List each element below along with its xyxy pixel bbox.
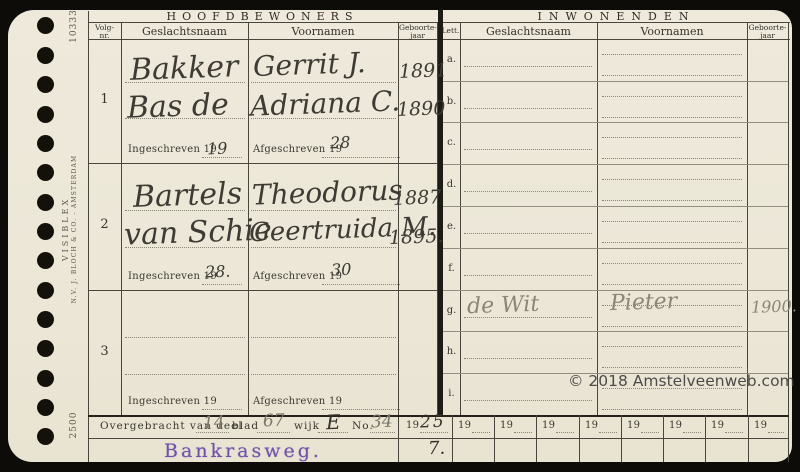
volgnr-3: 3 [88, 344, 121, 359]
write-line [768, 432, 784, 433]
write-line [322, 157, 400, 158]
wijk-label: wijk [294, 420, 320, 432]
hw-year-value: 25 [420, 412, 446, 433]
punch-hole [37, 399, 54, 416]
punch-hole [37, 135, 54, 152]
rule [621, 415, 622, 462]
rule [443, 164, 788, 165]
col-header-geboortejaar: Geboorte- jaar [399, 24, 436, 40]
row-letter: h. [443, 346, 460, 357]
hw-birthyear: 1887 [393, 186, 442, 210]
hw-birthyear: 1890 [397, 97, 446, 121]
year-cell-prefix: 19 [669, 420, 682, 431]
punch-hole [37, 252, 54, 269]
ingeschreven-label: Ingeschreven 19 [128, 271, 217, 282]
printer-brand-mark: VISIBLEX N.V. J. BLOCH & CO. - AMSTERDAM [61, 149, 87, 309]
rule [748, 415, 749, 462]
blad-label: blad [232, 420, 259, 432]
rule [663, 415, 664, 462]
punch-hole [37, 47, 54, 64]
year-cell-prefix: 19 [754, 420, 767, 431]
row-letter: e. [443, 221, 460, 232]
year-cell-prefix: 19 [500, 420, 513, 431]
afgeschreven-label: Afgeschreven 19 [253, 144, 342, 155]
row-letter: d. [443, 179, 460, 190]
rule [788, 22, 789, 462]
punch-hole [37, 428, 54, 445]
year-cell-prefix: 19 [585, 420, 598, 431]
rule [88, 290, 437, 291]
col-header-voornamen-inw: Voornamen [597, 25, 747, 38]
punch-hole [37, 223, 54, 240]
volgnr-1: 1 [88, 92, 121, 107]
year-cell-prefix: 19 [458, 420, 471, 431]
year-cell-prefix: 19 [627, 420, 640, 431]
write-line [602, 263, 742, 264]
hw-house-number: 7. [428, 438, 446, 460]
write-line [251, 374, 396, 375]
row-letter: g. [443, 305, 460, 316]
hw-birthyear: 1891 [399, 59, 448, 83]
write-line [602, 179, 742, 180]
write-line [602, 200, 742, 201]
rule [443, 39, 790, 40]
write-line [556, 432, 574, 433]
punch-hole [37, 340, 54, 357]
ingeschreven-label: Ingeschreven 19 [128, 144, 217, 155]
write-line [464, 358, 592, 359]
write-line [602, 117, 742, 118]
hw-surname: Bakker [129, 49, 239, 88]
ingeschreven-label: Ingeschreven 19 [128, 396, 217, 407]
row-letter: f. [443, 263, 460, 274]
rule [494, 415, 495, 462]
brand-name: VISIBLEX [61, 149, 71, 309]
write-line [641, 432, 659, 433]
rule [443, 206, 788, 207]
write-line [602, 54, 742, 55]
write-line [602, 75, 742, 76]
row-letter: a. [443, 54, 460, 65]
punch-hole [37, 194, 54, 211]
write-line [602, 96, 742, 97]
right-table-title: INWONENDEN [443, 10, 790, 23]
row-letter: c. [443, 137, 460, 148]
write-line [464, 191, 592, 192]
brand-subline: N.V. J. BLOCH & CO. - AMSTERDAM [71, 149, 79, 309]
volgnr-2: 2 [88, 217, 121, 232]
row-letter: b. [443, 96, 460, 107]
rule [443, 81, 788, 82]
rule [705, 415, 706, 462]
write-line [257, 432, 290, 433]
hw-surname: Bas de [126, 87, 229, 126]
col-header-geslachtsnaam-inw: Geslachtsnaam [460, 25, 597, 38]
street-name-stamp: Bankrasweg. [88, 440, 398, 462]
hw-firstname: Adriana C. [249, 84, 400, 122]
col-header-geslachtsnaam: Geslachtsnaam [121, 25, 248, 38]
rule [452, 415, 453, 462]
hw-birthyear-inwonende: 1900. [751, 296, 797, 317]
write-line [125, 337, 245, 338]
punch-hole [37, 311, 54, 328]
hw-wijk-value: E [326, 410, 341, 434]
col-header-lett: Lett. [441, 27, 460, 35]
punch-hole [37, 17, 54, 34]
hw-firstname: Gerrit J. [252, 46, 366, 83]
write-line [322, 284, 400, 285]
hw-afgeschreven-year: 30 [331, 260, 352, 280]
serial-number-top: 10333 [69, 6, 81, 46]
rule [579, 415, 580, 462]
write-line [464, 149, 592, 150]
rule [88, 39, 437, 40]
year-cell-prefix: 19 [406, 420, 419, 431]
write-line [602, 221, 742, 222]
write-line [602, 326, 742, 327]
punch-hole [37, 282, 54, 299]
afgeschreven-label: Afgeschreven 19 [253, 396, 342, 407]
hw-firstname-inwonende: Pieter [610, 289, 678, 316]
write-line [125, 374, 245, 375]
hw-ingeschreven-year: 19 [207, 139, 228, 159]
write-line [602, 242, 742, 243]
rule [443, 122, 788, 123]
punch-hole [37, 370, 54, 387]
year-cell-prefix: 19 [542, 420, 555, 431]
hw-firstname: Theodorus [251, 173, 403, 211]
serial-number-bottom: 2500 [69, 405, 81, 445]
afgeschreven-label: Afgeschreven 19 [253, 271, 342, 282]
left-table-title: HOOFDBEWONERS [88, 10, 437, 23]
write-line [683, 432, 701, 433]
write-line [602, 367, 742, 368]
rule [88, 163, 437, 164]
copyright-watermark: © 2018 Amstelveenweb.com [568, 372, 795, 390]
hw-deel-value: 14 [203, 413, 225, 434]
write-line [202, 409, 242, 410]
row-letter: i. [443, 388, 460, 399]
hw-blad-value: 67 [263, 411, 285, 432]
punch-hole [37, 76, 54, 93]
write-line [602, 158, 742, 159]
rule [443, 248, 788, 249]
write-line [602, 137, 742, 138]
register-card-scan: 10333 2500 VISIBLEX N.V. J. BLOCH & CO. … [0, 0, 800, 472]
hw-ingeschreven-year: 28. [205, 262, 231, 282]
write-line [602, 284, 742, 285]
write-line [464, 400, 592, 401]
rule [121, 22, 122, 415]
write-line [251, 337, 396, 338]
hw-no-value: 34 [371, 412, 393, 433]
col-header-volgnr: Volg- nr. [89, 24, 120, 40]
write-line [464, 233, 592, 234]
hw-afgeschreven-year: 28 [330, 133, 351, 153]
write-line [472, 432, 490, 433]
year-cell-prefix: 19 [711, 420, 724, 431]
write-line [602, 409, 742, 410]
rule [88, 11, 89, 462]
rule [443, 331, 788, 332]
write-line [464, 108, 592, 109]
col-header-voornamen: Voornamen [248, 25, 398, 38]
rule [536, 415, 537, 462]
write-line [602, 346, 742, 347]
hw-surname: Bartels [132, 176, 242, 215]
punch-hole [37, 164, 54, 181]
hw-birthyear: 1895. [389, 225, 444, 249]
col-header-geboortejaar-inw: Geboorte- jaar [748, 24, 787, 40]
hw-surname-inwonende: de Wit [467, 292, 540, 320]
write-line [725, 432, 743, 433]
write-line [202, 284, 242, 285]
write-line [514, 432, 532, 433]
write-line [464, 66, 592, 67]
punch-hole [37, 106, 54, 123]
write-line [599, 432, 617, 433]
write-line [464, 275, 592, 276]
